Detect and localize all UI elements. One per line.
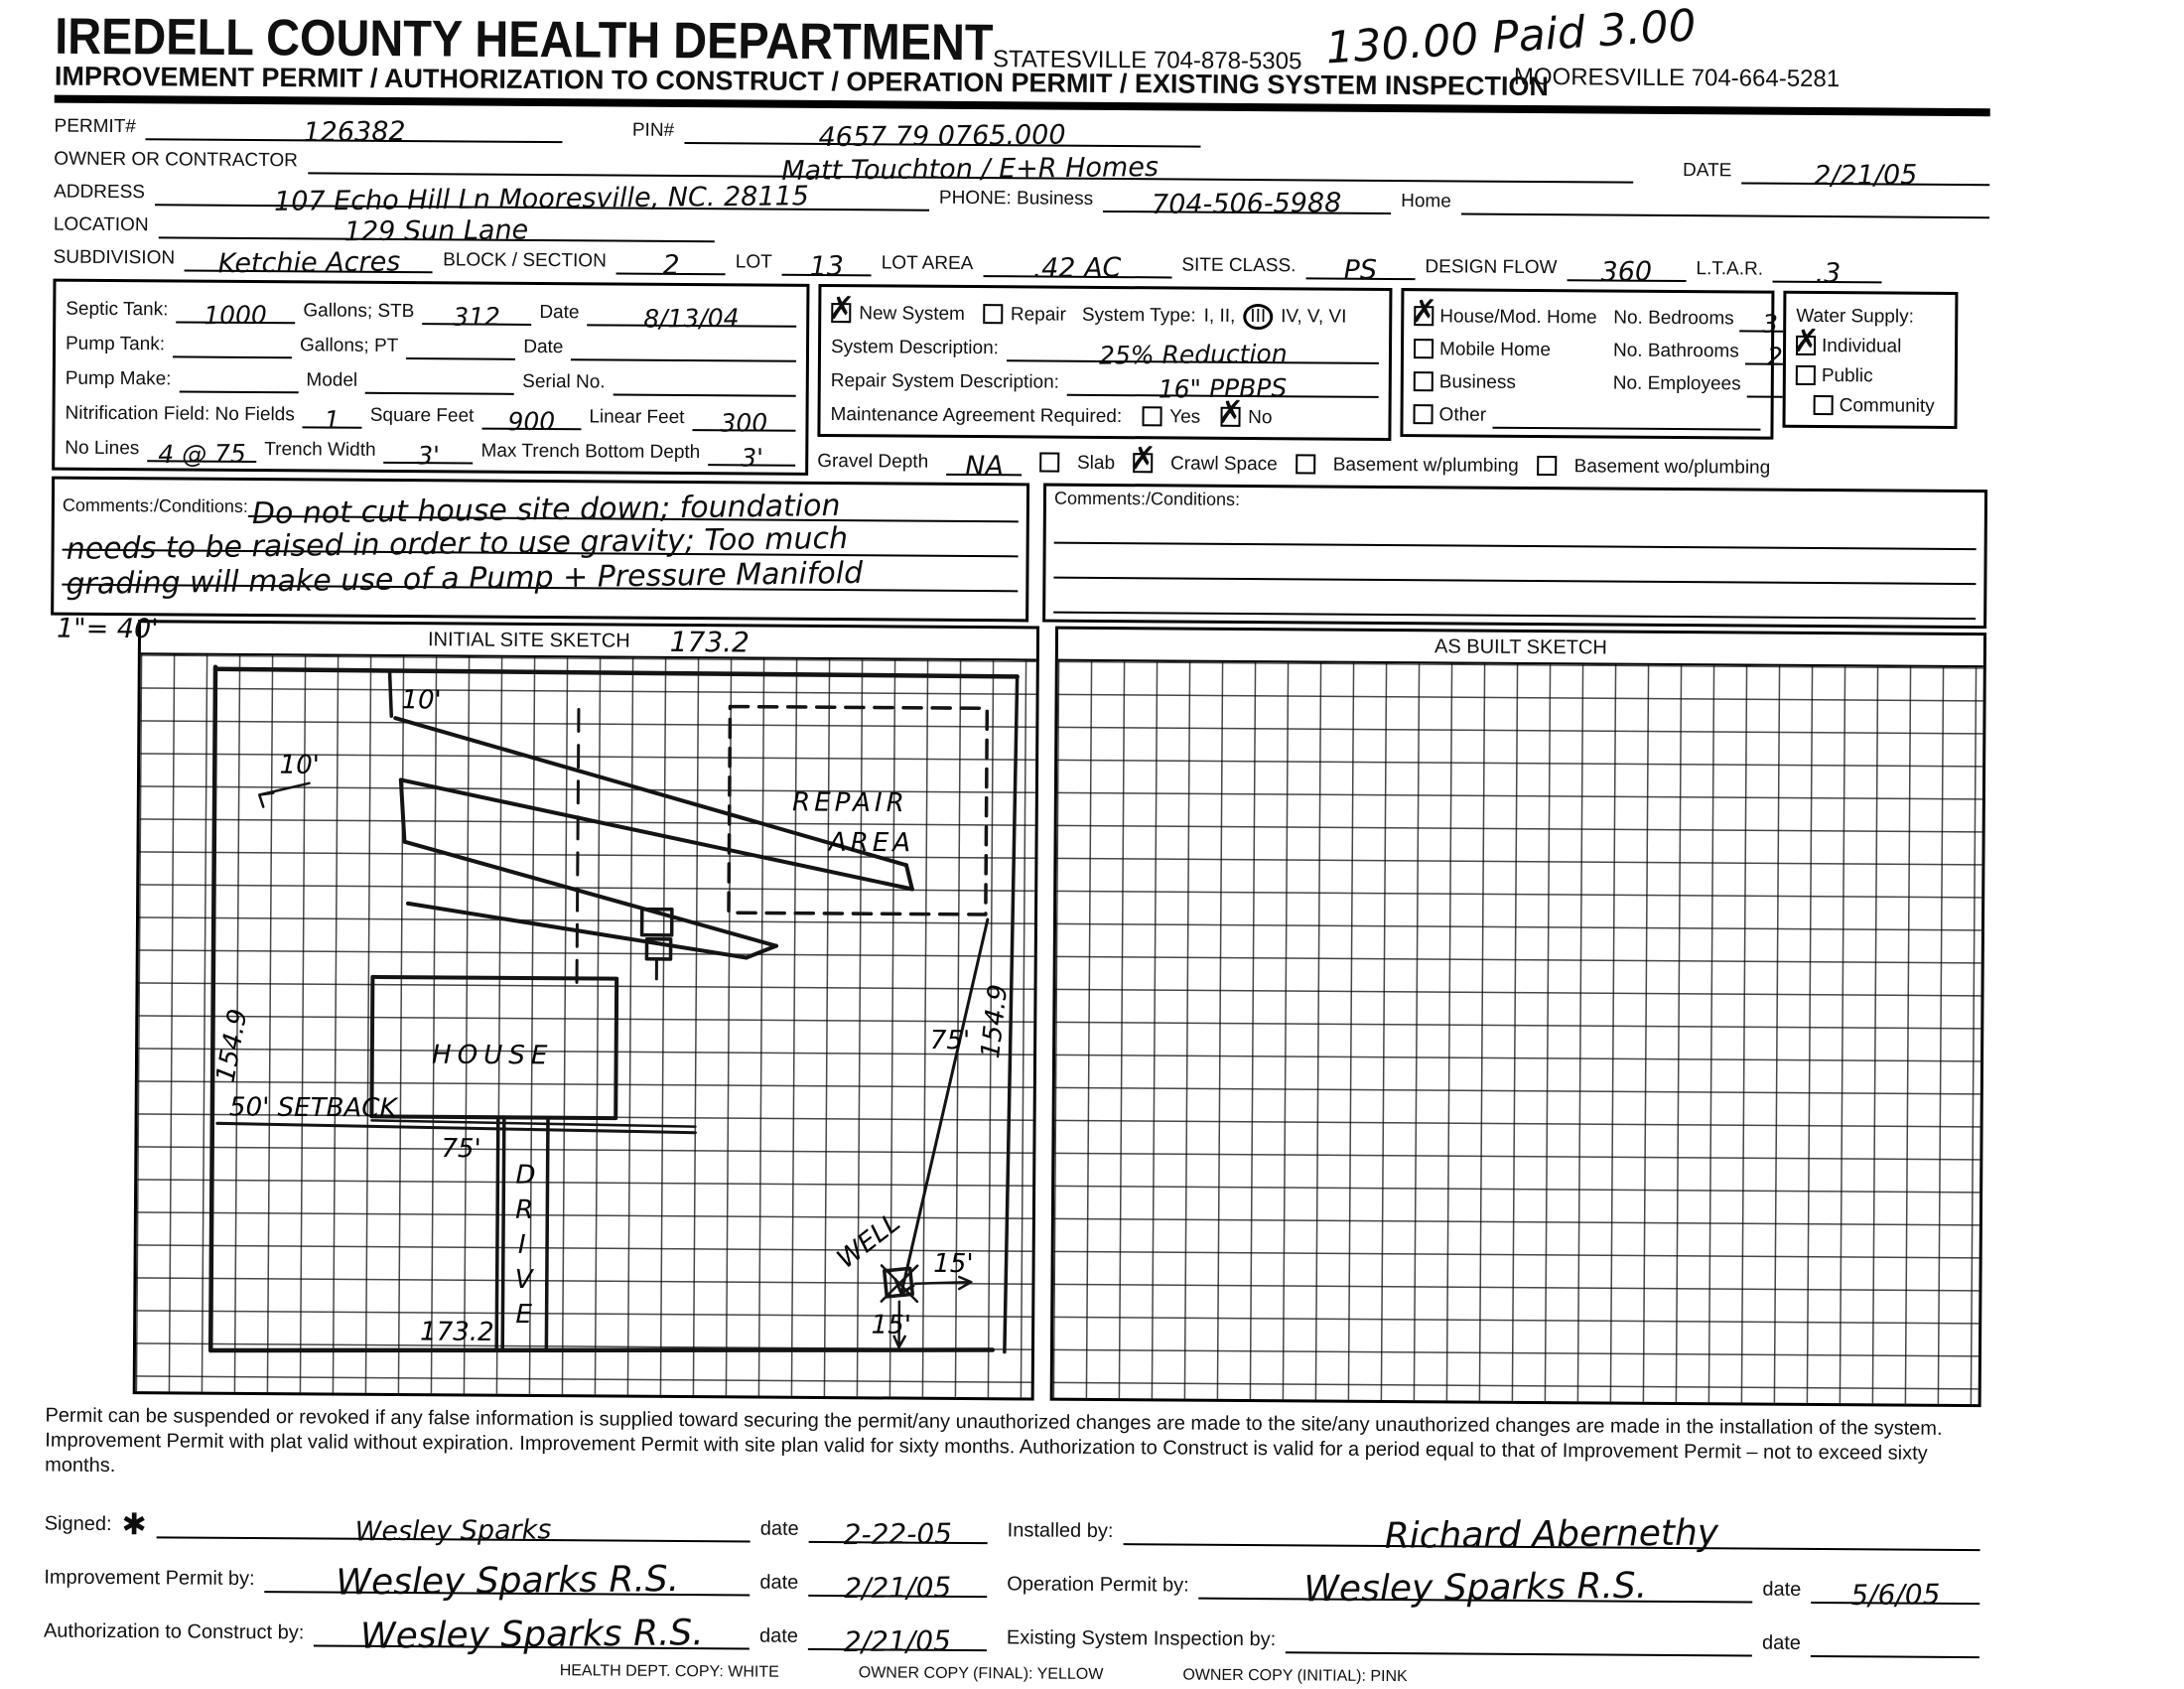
square-feet-field: 900	[481, 402, 581, 431]
detail-boxes: Septic Tank: 1000 Gallons; STB 312 Date …	[52, 279, 1988, 485]
signed-label: Signed:	[45, 1513, 112, 1538]
max-depth-label: Max Trench Bottom Depth	[480, 441, 700, 467]
location-label: LOCATION	[54, 214, 149, 239]
pt-date-field	[571, 333, 796, 362]
pin-field: 4657 79 0765.000	[684, 112, 1200, 148]
bathrooms-label: No. Bathrooms	[1613, 341, 1739, 365]
sketch-setback-label: 50' SETBACK	[229, 1092, 399, 1123]
comments-band: Comments:/Conditions: Do not cut house s…	[51, 477, 1987, 630]
phone-label: PHONE: Business	[939, 188, 1093, 212]
existing-inspection-label: Existing System Inspection by:	[1007, 1626, 1276, 1653]
authorization-label: Authorization to Construct by:	[44, 1620, 305, 1647]
site-class-field: PS	[1305, 247, 1415, 280]
existing-date-label: date	[1762, 1632, 1801, 1657]
existing-date-field	[1811, 1625, 1979, 1658]
improvement-permit-label: Improvement Permit by:	[44, 1567, 254, 1593]
sketch-dim-75a: 75'	[441, 1134, 481, 1164]
comments-left-box: Comments:/Conditions: Do not cut house s…	[51, 477, 1029, 623]
operation-date-field: 5/6/05	[1811, 1572, 1979, 1605]
subdivision-label: SUBDIVISION	[54, 247, 176, 272]
sketch-left-dim: 154.9	[211, 1007, 254, 1085]
as-built-sketch-box: AS BUILT SKETCH	[1050, 627, 1986, 1408]
bedrooms-label: No. Bedrooms	[1613, 308, 1734, 333]
sketch-drive-e: E	[515, 1300, 532, 1330]
pt-field	[406, 332, 515, 360]
operation-permit-label: Operation Permit by:	[1007, 1573, 1189, 1599]
stb-date-field: 8/13/04	[587, 298, 796, 327]
pump-make-field	[179, 364, 298, 393]
repair-description-label: Repair System Description:	[831, 370, 1059, 396]
sketch-dim-10a: 10'	[401, 685, 442, 715]
system-type-post: IV, V, VI	[1281, 306, 1346, 330]
no-lines-label: No Lines	[65, 438, 139, 463]
signed-field: Wesley Sparks	[157, 1506, 751, 1542]
other-field	[1492, 401, 1761, 431]
signed-date-label: date	[760, 1518, 799, 1543]
other-row: Other	[1413, 395, 1760, 430]
nitrification-label: Nitrification Field: No Fields	[65, 403, 294, 429]
improvement-date-field: 2/21/05	[808, 1565, 987, 1598]
septic-tank-row: Septic Tank: 1000 Gallons; STB 312 Date …	[66, 288, 796, 328]
maintenance-yes-checkbox	[1142, 406, 1161, 426]
repair-label: Repair	[1011, 304, 1066, 328]
comments-left-label: Comments:/Conditions:	[63, 495, 248, 517]
comments-right-box: Comments:/Conditions:	[1042, 484, 1987, 630]
maintenance-row: Maintenance Agreement Required: Yes ✗ No	[830, 394, 1378, 432]
initial-site-sketch-title: INITIAL SITE SKETCH	[428, 629, 630, 652]
crawl-space-checkbox: ✗	[1133, 453, 1153, 473]
pin-label: PIN#	[632, 120, 674, 144]
owner-label: OWNER OR CONTRACTOR	[54, 149, 298, 175]
linear-feet-field: 300	[692, 403, 795, 432]
block-section-field: 2	[616, 243, 726, 276]
gravel-depth-label: Gravel Depth	[817, 451, 928, 476]
legal-text: Permit can be suspended or revoked if an…	[45, 1404, 1961, 1491]
pt-label: Gallons; PT	[300, 335, 398, 359]
sketch-dim-15a: 15'	[933, 1249, 974, 1279]
linear-feet-label: Linear Feet	[589, 406, 684, 431]
no-lines-field: 4 @ 75	[147, 434, 256, 463]
existing-inspection-field	[1286, 1621, 1752, 1656]
mobile-home-checkbox	[1414, 339, 1433, 358]
signed-row: Signed: ✱ Wesley Sparks date 2-22-05	[45, 1484, 988, 1545]
employees-label: No. Employees	[1613, 373, 1741, 398]
other-label: Other	[1438, 404, 1486, 428]
sketch-band: INITIAL SITE SKETCH 173.2	[133, 620, 1986, 1407]
sketch-drive-r: R	[515, 1196, 533, 1225]
nitrification-row: Nitrification Field: No Fields 1 Square …	[65, 392, 795, 432]
slab-checkbox	[1039, 453, 1059, 473]
public-row: Public	[1796, 359, 1945, 390]
pump-make-label: Pump Make:	[66, 368, 172, 393]
sketch-drive-v: V	[515, 1265, 535, 1295]
sketch-dim-15b: 15'	[872, 1311, 912, 1340]
house-label: House/Mod. Home	[1439, 306, 1597, 331]
septic-tank-label: Septic Tank:	[66, 299, 168, 324]
community-checkbox	[1814, 395, 1834, 415]
pt-date-label: Date	[523, 337, 563, 360]
authorization-field: Wesley Sparks R.S.	[314, 1615, 750, 1649]
date-field: 2/21/05	[1741, 152, 1989, 186]
system-type-circled: III	[1243, 304, 1273, 330]
system-description-row: System Description: 25% Reduction	[831, 327, 1379, 364]
statesville-phone: STATESVILLE 704-878-5305	[993, 46, 1301, 75]
stb-field: 312	[422, 297, 531, 326]
top-dimension: 173.2	[670, 625, 750, 658]
community-row: Community	[1814, 389, 1945, 420]
operation-permit-field: Wesley Sparks R.S.	[1199, 1568, 1753, 1604]
model-label: Model	[306, 369, 357, 393]
stb-label: Gallons; STB	[303, 300, 414, 325]
crawl-space-label: Crawl Space	[1170, 453, 1278, 478]
installed-by-field: Richard Abernethy	[1123, 1513, 1979, 1551]
empty-line	[1053, 579, 1976, 620]
date-label: DATE	[1683, 160, 1731, 184]
foundation-strip: Gravel Depth NA Slab ✗ Crawl Space Basem…	[817, 437, 1770, 482]
business-checkbox	[1414, 371, 1433, 391]
installed-by-row: Installed by: Richard Abernethy	[1008, 1490, 1980, 1551]
slab-label: Slab	[1077, 453, 1115, 477]
repair-checkbox	[983, 304, 1003, 324]
signed-asterisk: ✱	[121, 1507, 146, 1542]
septic-tank-box: Septic Tank: 1000 Gallons; STB 312 Date …	[52, 279, 809, 476]
maintenance-yes-label: Yes	[1169, 406, 1200, 430]
individual-label: Individual	[1822, 336, 1901, 360]
stb-date-label: Date	[539, 302, 579, 326]
form-content: IREDELL COUNTY HEALTH DEPARTMENT STATESV…	[44, 6, 1991, 1689]
public-label: Public	[1822, 365, 1873, 389]
basement-w-checkbox	[1296, 454, 1315, 474]
mobile-home-label: Mobile Home	[1439, 339, 1551, 363]
individual-row: ✗ Individual	[1796, 330, 1945, 360]
model-field	[365, 366, 514, 395]
serial-label: Serial No.	[522, 371, 606, 396]
system-box: ✗ New System Repair System Type: I, II, …	[817, 284, 1392, 441]
house-row: ✗ House/Mod. Home	[1414, 297, 1607, 331]
square-feet-label: Square Feet	[370, 405, 475, 430]
lot-area-field: .42 AC	[983, 245, 1171, 278]
system-type-pre: I, II,	[1204, 306, 1236, 330]
site-class-label: SITE CLASS.	[1181, 255, 1296, 280]
individual-checkbox: ✗	[1796, 336, 1816, 355]
max-depth-field: 3'	[708, 438, 795, 467]
signature-section: Signed: ✱ Wesley Sparks date 2-22-05 Imp…	[44, 1484, 1980, 1659]
system-type-row: ✗ New System Repair System Type: I, II, …	[831, 293, 1379, 331]
sketch-right-dim: 154.9	[976, 983, 1014, 1060]
pump-tank-field	[173, 330, 292, 358]
sketch-dim-10b: 10'	[279, 751, 320, 780]
basement-w-label: Basement w/plumbing	[1333, 455, 1519, 480]
comments-line-3: grading will make use of a Pump + Pressu…	[62, 551, 1018, 593]
other-checkbox	[1414, 404, 1433, 424]
trench-width-label: Trench Width	[264, 439, 375, 464]
system-column: ✗ New System Repair System Type: I, II, …	[817, 284, 1392, 479]
system-description-field: 25% Reduction	[1007, 334, 1379, 364]
initial-site-sketch-grid: 10' 10' HOUSE REPAIR AREA 50' SETBACK 75…	[136, 654, 1036, 1397]
sketch-dim-75b: 75'	[930, 1026, 971, 1056]
copy-white: HEALTH DEPT. COPY: WHITE	[560, 1662, 779, 1682]
basement-wo-checkbox	[1537, 456, 1557, 476]
sketch-house-label: HOUSE	[432, 1041, 554, 1071]
address-label: ADDRESS	[54, 182, 145, 207]
copy-pink: OWNER COPY (INITIAL): PINK	[1182, 1667, 1408, 1687]
authorization-date-field: 2/21/05	[808, 1619, 987, 1651]
community-label: Community	[1840, 395, 1935, 420]
fields-count-field: 1	[303, 400, 362, 428]
maintenance-no-label: No	[1248, 407, 1272, 431]
serial-field	[614, 368, 796, 397]
initial-site-sketch-drawing: 10' 10' HOUSE REPAIR AREA 50' SETBACK 75…	[136, 654, 1036, 1400]
comments-line-1: Do not cut house site down; foundation	[248, 483, 1019, 522]
business-row: Business	[1414, 362, 1607, 396]
permit-field: 126382	[146, 108, 563, 143]
maintenance-label: Maintenance Agreement Required:	[830, 404, 1122, 430]
septic-tank-field: 1000	[176, 295, 295, 324]
sketch-well-label: WELL	[832, 1207, 906, 1274]
block-section-label: BLOCK / SECTION	[443, 249, 607, 274]
pump-make-row: Pump Make: Model Serial No.	[66, 357, 796, 397]
design-flow-label: DESIGN FLOW	[1425, 256, 1557, 281]
copy-yellow: OWNER COPY (FINAL): YELLOW	[859, 1664, 1104, 1684]
house-checkbox: ✗	[1414, 306, 1433, 326]
lot-area-label: LOT AREA	[882, 252, 974, 277]
system-description-label: System Description:	[831, 337, 999, 361]
business-label: Business	[1439, 371, 1516, 396]
improvement-permit-field: Wesley Sparks R.S.	[265, 1561, 751, 1596]
bedrooms-row: No. Bedrooms 3	[1613, 299, 1807, 333]
sketch-repair-label-1: REPAIR	[792, 787, 908, 818]
initial-site-sketch-box: INITIAL SITE SKETCH 173.2	[133, 620, 1039, 1400]
installed-by-label: Installed by:	[1008, 1519, 1114, 1545]
gravel-depth-field: NA	[946, 444, 1022, 477]
lot-field: 13	[782, 244, 872, 277]
info-rows: PERMIT# 126382 PIN# 4657 79 0765.000 OWN…	[54, 107, 1990, 285]
copy-distribution-row: HEALTH DEPT. COPY: WHITE OWNER COPY (FIN…	[560, 1662, 1979, 1689]
new-system-checkbox: ✗	[831, 303, 851, 323]
basement-wo-label: Basement wo/plumbing	[1574, 456, 1771, 481]
home-phone-label: Home	[1401, 191, 1451, 214]
permit-label: PERMIT#	[54, 116, 136, 141]
sketch-bottom-dim: 173.2	[420, 1317, 494, 1347]
scanned-permit-form: IREDELL COUNTY HEALTH DEPARTMENT STATESV…	[0, 0, 2184, 1689]
sketch-drive-i: I	[518, 1230, 526, 1260]
phone-field: 704-506-5988	[1103, 181, 1391, 214]
public-checkbox	[1796, 365, 1816, 385]
as-built-sketch-title: AS BUILT SKETCH	[1434, 635, 1607, 659]
ltar-field: .3	[1773, 251, 1882, 284]
no-lines-row: No Lines 4 @ 75 Trench Width 3' Max Tren…	[65, 427, 795, 467]
signed-date-field: 2-22-05	[809, 1511, 988, 1544]
mobile-row: Mobile Home	[1414, 330, 1607, 363]
pump-tank-label: Pump Tank:	[66, 334, 165, 358]
system-type-label: System Type:	[1082, 305, 1196, 330]
as-built-sketch-grid	[1053, 661, 1983, 1404]
water-supply-box: Water Supply: ✗ Individual Public Commun…	[1782, 291, 1958, 429]
lot-label: LOT	[736, 251, 772, 275]
improvement-date-label: date	[759, 1572, 798, 1597]
sketch-repair-label-2: AREA	[827, 828, 915, 859]
design-flow-field: 360	[1567, 249, 1686, 282]
sketch-drive-d: D	[515, 1161, 535, 1191]
trench-width-field: 3'	[383, 436, 473, 465]
form-header: IREDELL COUNTY HEALTH DEPARTMENT STATESV…	[55, 6, 1991, 115]
facility-box: ✗ House/Mod. Home No. Bedrooms 3 Mobile …	[1400, 288, 1774, 440]
mooresville-phone: MOORESVILLE 704-664-5281	[1514, 64, 1840, 93]
ltar-label: L.T.A.R.	[1696, 258, 1763, 282]
maintenance-no-checkbox: ✗	[1220, 407, 1240, 427]
new-system-label: New System	[859, 303, 965, 328]
authorization-date-label: date	[759, 1625, 798, 1650]
operation-date-label: date	[1762, 1579, 1801, 1604]
